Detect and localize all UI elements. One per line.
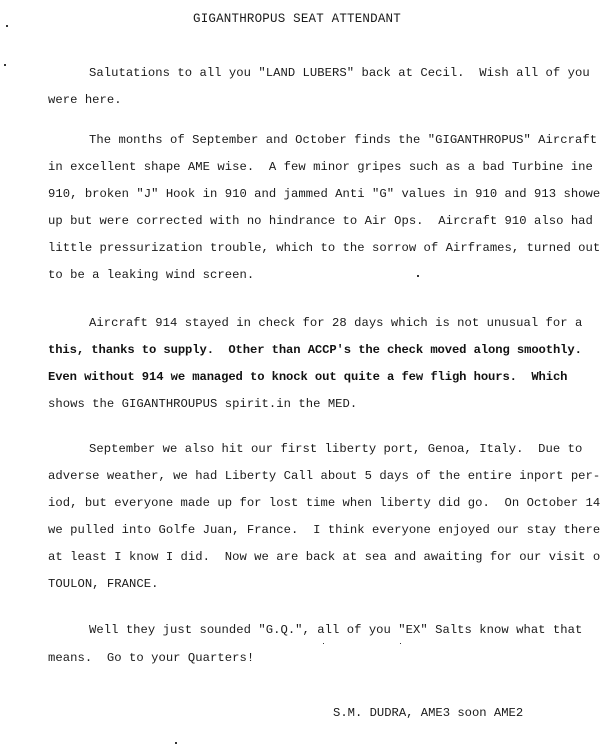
paragraph-1-line-1: Salutations to all you "LAND LUBERS" bac… bbox=[89, 66, 590, 80]
signature: S.M. DUDRA, AME3 soon AME2 bbox=[333, 706, 523, 720]
scan-speck bbox=[6, 25, 8, 27]
paragraph-2-line-1: The months of September and October find… bbox=[89, 133, 597, 147]
paragraph-4-line-1: September we also hit our first liberty … bbox=[89, 442, 582, 456]
scan-speck bbox=[4, 64, 6, 66]
scan-speck bbox=[417, 275, 419, 277]
paragraph-2-line-4: up but were corrected with no hindrance … bbox=[48, 214, 600, 228]
paragraph-5-line-1: Well they just sounded "G.Q.", all of yo… bbox=[89, 623, 582, 637]
document-title: GIGANTHROPUS SEAT ATTENDANT bbox=[193, 12, 401, 26]
paragraph-2-line-3: 910, broken "J" Hook in 910 and jammed A… bbox=[48, 187, 600, 201]
paragraph-3-line-2: this, thanks to supply. Other than ACCP'… bbox=[48, 343, 582, 357]
paragraph-4-line-2: adverse weather, we had Liberty Call abo… bbox=[48, 469, 600, 483]
paragraph-3-line-4: shows the GIGANTHROUPUS spirit.in the ME… bbox=[48, 397, 357, 411]
typewritten-page: GIGANTHROPUS SEAT ATTENDANT Salutations … bbox=[0, 0, 600, 746]
scan-speck bbox=[323, 643, 324, 644]
paragraph-2-line-2: in excellent shape AME wise. A few minor… bbox=[48, 160, 593, 174]
paragraph-3-line-3: Even without 914 we managed to knock out… bbox=[48, 370, 567, 384]
paragraph-4-line-3: iod, but everyone made up for lost time … bbox=[48, 496, 600, 510]
scan-speck bbox=[175, 742, 177, 744]
paragraph-1-line-2: were here. bbox=[48, 93, 122, 107]
paragraph-4-line-5: at least I know I did. Now we are back a… bbox=[48, 550, 600, 564]
scan-speck bbox=[400, 643, 401, 644]
paragraph-4-line-4: we pulled into Golfe Juan, France. I thi… bbox=[48, 523, 600, 537]
paragraph-4-line-6: TOULON, FRANCE. bbox=[48, 577, 158, 591]
paragraph-2-line-5: little pressurization trouble, which to … bbox=[48, 241, 600, 255]
paragraph-5-line-2: means. Go to your Quarters! bbox=[48, 651, 254, 665]
paragraph-3-line-1: Aircraft 914 stayed in check for 28 days… bbox=[89, 316, 582, 330]
paragraph-2-line-6: to be a leaking wind screen. bbox=[48, 268, 254, 282]
